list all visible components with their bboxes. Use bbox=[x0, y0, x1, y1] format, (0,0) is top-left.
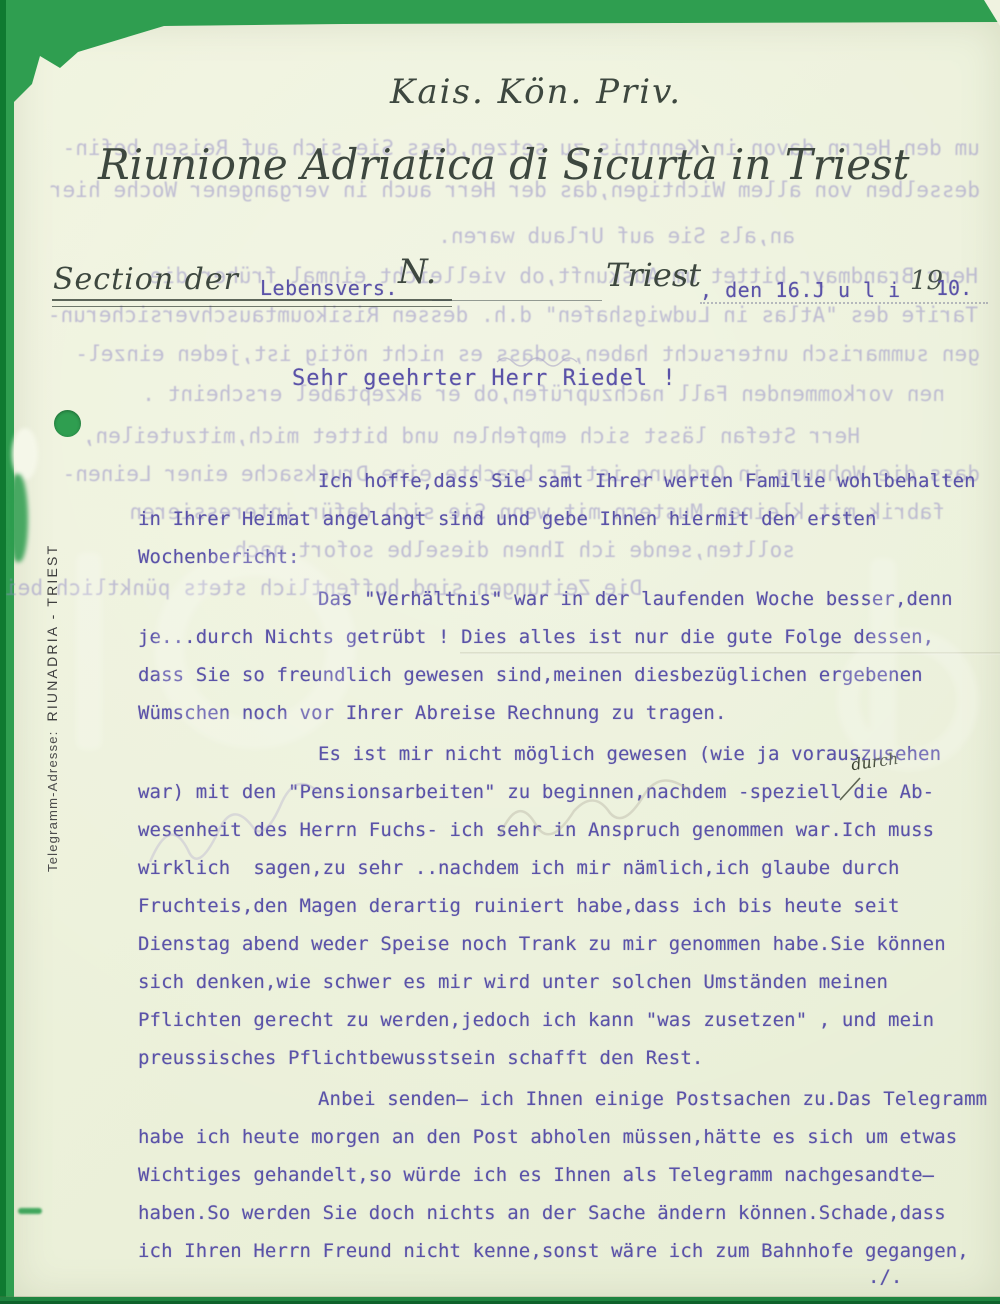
letter-line: ich Ihren Herrn Freund nicht kenne,sonst… bbox=[138, 1240, 969, 1262]
section-double-rule bbox=[52, 299, 452, 307]
letter-line: Fruchteis,den Magen derartig ruiniert ha… bbox=[138, 895, 900, 917]
letter-line: wesenheit des Herrn Fuchs- ich sehr in A… bbox=[138, 819, 934, 841]
section-label-script: Section der bbox=[53, 262, 239, 297]
date-typed: , den 16.J u l i bbox=[700, 278, 901, 302]
letter-line: habe ich heute morgen an den Post abhole… bbox=[138, 1126, 957, 1148]
continuation-mark: ./. bbox=[868, 1266, 902, 1288]
letterhead-privilege-line: Kais. Kön. Priv. bbox=[390, 72, 682, 112]
section-label-typed: Lebensvers. bbox=[260, 276, 398, 300]
place-label: Triest bbox=[606, 256, 701, 294]
letterhead-company-name: Riunione Adriatica di Sicurtà in Triest bbox=[98, 140, 910, 189]
date-dotted-line bbox=[700, 302, 988, 304]
letter-line: haben.So werden Sie doch nichts an der S… bbox=[138, 1202, 946, 1224]
paper-crease bbox=[460, 652, 1000, 655]
letter-line: Wochenbericht: bbox=[138, 546, 300, 568]
year-typed: 10. bbox=[936, 276, 972, 300]
number-blank-line bbox=[432, 300, 602, 301]
torn-edge-spot bbox=[12, 428, 38, 480]
green-mark bbox=[18, 1208, 42, 1214]
telegram-address-value: RIUNADRIA - TRIEST bbox=[44, 544, 60, 722]
letter-line: Wümschen noch vor Ihrer Abreise Rechnung… bbox=[138, 702, 727, 724]
letter-line: Das "Verhältnis" war in der laufenden Wo… bbox=[318, 588, 953, 610]
number-label: N. bbox=[398, 252, 436, 292]
letter-line: Anbei senden̶ ich Ihnen einige Postsache… bbox=[318, 1088, 987, 1110]
letter-line: Ich hoffe,dass Sie samt Ihrer werten Fam… bbox=[318, 470, 976, 492]
letter-line: war) mit den "Pensionsarbeiten" zu begin… bbox=[138, 781, 934, 803]
letter-line: preussisches Pflichtbewusstsein schafft … bbox=[138, 1047, 703, 1069]
photographed-letter-scan: um den Herrn davon in Kenntnis zu setzen… bbox=[0, 0, 1000, 1304]
hole-punch bbox=[54, 410, 81, 437]
letter-line: je...durch Nichts getrübt ! Dies alles i… bbox=[138, 626, 934, 648]
letter-line: Es ist mir nicht möglich gewesen (wie ja… bbox=[318, 743, 941, 765]
letter-line: Sehr geehrter Herr Riedel ! bbox=[292, 366, 677, 391]
letter-line: Wichtiges gehandelt,so würde ich es Ihne… bbox=[138, 1164, 934, 1186]
letter-line: in Ihrer Heimat angelangt sind und gebe … bbox=[138, 508, 877, 530]
green-paint-smudge bbox=[10, 474, 28, 562]
letter-line: Pflichten gerecht zu werden,jedoch ich k… bbox=[138, 1009, 934, 1031]
letter-line: wirklich sagen,zu sehr ..nachdem ich mir… bbox=[138, 857, 900, 879]
backdrop-left-edge bbox=[0, 0, 6, 1304]
letter-line: Dienstag abend weder Speise noch Trank z… bbox=[138, 933, 946, 955]
telegram-address-prefix: Telegramm-Adresse: bbox=[45, 730, 60, 872]
letter-line: sich denken,wie schwer es mir wird unter… bbox=[138, 971, 888, 993]
telegram-address-label: Telegramm-Adresse:RIUNADRIA - TRIEST bbox=[44, 544, 62, 872]
letter-line: dass Sie so freundlich gewesen sind,mein… bbox=[138, 664, 923, 686]
